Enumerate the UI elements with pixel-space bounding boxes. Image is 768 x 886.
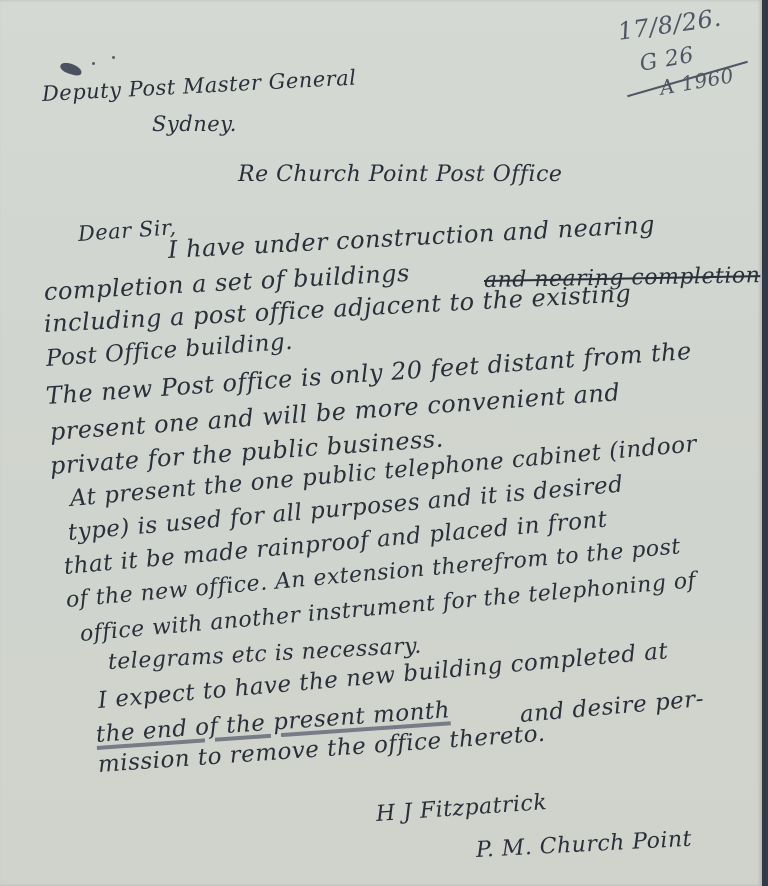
body-line: and desire per- — [519, 686, 705, 728]
subject-line: Re Church Point Post Office — [238, 162, 562, 187]
date-annotation: 17/8/26. — [616, 4, 723, 46]
addressee-line-2: Sydney. — [152, 112, 237, 136]
letter-page: 17/8/26. G 26 A 1960 Deputy Post Master … — [0, 0, 762, 886]
signature-title: P. M. Church Point — [475, 827, 692, 863]
signature-name: H J Fitzpatrick — [375, 790, 548, 827]
paper-hole — [59, 61, 83, 77]
body-line: I have under construction and nearing — [167, 211, 655, 264]
addressee-line-1: Deputy Post Master General — [41, 66, 357, 106]
paper-speck — [112, 56, 115, 59]
salutation: Dear Sir, — [77, 215, 177, 246]
paper-speck — [92, 62, 95, 65]
